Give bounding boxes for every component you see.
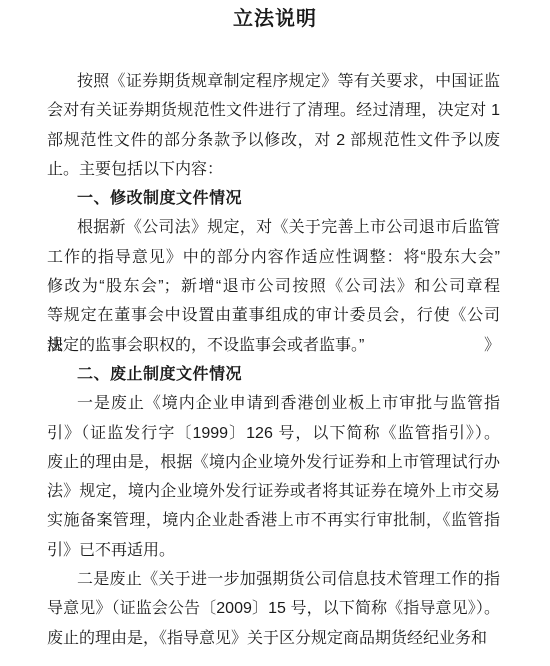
paragraph: 根据新《公司法》规定，对《关于完善上市公司退市后监管工作的指导意见》中的部分内容… xyxy=(47,213,500,359)
section-heading: 二、废止制度文件情况 xyxy=(47,360,500,389)
text-line: 法》规定，境内企业境外发行证券或者将其证券在境外上市交易 xyxy=(47,477,500,506)
paragraph: 一是废止《境内企业申请到香港创业板上市审批与监管指引》（证监发行字〔1999〕1… xyxy=(47,389,500,565)
text-line: 实施备案管理，境内企业赴香港上市不再实行审批制，《监管指 xyxy=(47,506,500,535)
text-line: 废止的理由是，《指导意见》关于区分规定商品期货经纪业务和 xyxy=(47,624,500,653)
paragraph: 按照《证券期货规章制定程序规定》等有关要求，中国证监会对有关证券期货规范性文件进… xyxy=(47,67,500,184)
text-line: 引》已不再适用。 xyxy=(47,536,500,565)
text-line: 修改为“股东会”；新增“退市公司按照《公司法》和公司章程 xyxy=(47,272,500,301)
paragraph: 二是废止《关于进一步加强期货公司信息技术管理工作的指导意见》（证监会公告〔200… xyxy=(47,565,500,653)
text-line: 根据新《公司法》规定，对《关于完善上市公司退市后监管 xyxy=(47,213,500,242)
text-line: 引》（证监发行字〔1999〕126 号，以下简称《监管指引》）。 xyxy=(47,419,500,448)
text-line: 二是废止《关于进一步加强期货公司信息技术管理工作的指 xyxy=(47,565,500,594)
text-line: 一是废止《境内企业申请到香港创业板上市审批与监管指 xyxy=(47,389,500,418)
document-page: 立法说明 按照《证券期货规章制定程序规定》等有关要求，中国证监会对有关证券期货规… xyxy=(0,0,550,666)
document-title: 立法说明 xyxy=(0,5,550,34)
text-line: 导意见》（证监会公告〔2009〕15 号，以下简称《指导意见》）。 xyxy=(47,594,500,623)
text-line: 会对有关证券期货规范性文件进行了清理。经过清理，决定对 1 xyxy=(47,96,500,125)
document-body: 按照《证券期货规章制定程序规定》等有关要求，中国证监会对有关证券期货规范性文件进… xyxy=(0,67,550,653)
text-line: 止。主要包括以下内容： xyxy=(47,155,500,184)
text-line: 工作的指导意见》中的部分内容作适应性调整：将“股东大会” xyxy=(47,243,500,272)
heading-line: 二、废止制度文件情况 xyxy=(47,360,500,389)
heading-line: 一、修改制度文件情况 xyxy=(47,184,500,213)
text-line: 按照《证券期货规章制定程序规定》等有关要求，中国证监 xyxy=(47,67,500,96)
text-line: 部规范性文件的部分条款予以修改，对 2 部规范性文件予以废 xyxy=(47,126,500,155)
text-line: 等规定在董事会中设置由董事组成的审计委员会，行使《公司法》 xyxy=(47,301,500,330)
text-line: 废止的理由是，根据《境内企业境外发行证券和上市管理试行办 xyxy=(47,448,500,477)
section-heading: 一、修改制度文件情况 xyxy=(47,184,500,213)
